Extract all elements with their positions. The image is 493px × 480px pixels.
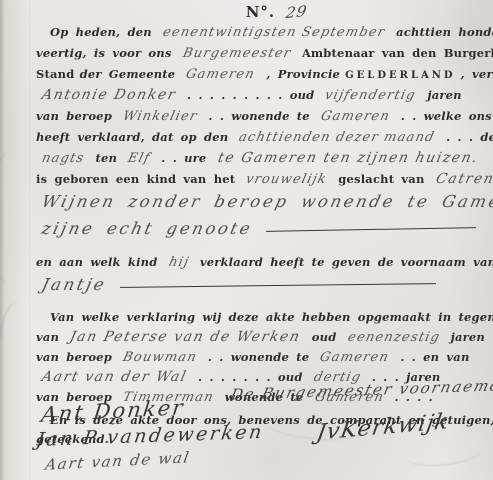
signature-witness-2: Aart van de wal — [44, 448, 192, 473]
handwritten-entry: Bouwman — [121, 348, 199, 368]
printed-text: achttien honderd — [396, 25, 493, 39]
printed-text: Ambtenaar van den Burgerlijken — [302, 46, 493, 60]
document-line: van Jan Peterse van de Werken oud eenenz… — [36, 326, 475, 346]
handwritten-entry: Elf — [126, 148, 153, 169]
handwritten-entry: Wijnen zonder beroep wonende te Gameren — [39, 188, 493, 216]
handwritten-entry: Burgemeester — [180, 43, 293, 64]
handwritten-entry: Aart van der Wal — [40, 367, 190, 387]
printed-text: . . wonende te — [208, 350, 309, 364]
bleedthrough-mark — [0, 213, 28, 287]
handwritten-entry: nagts — [40, 148, 87, 169]
printed-text: is geboren een kind van het — [36, 172, 235, 186]
printed-text: . . . des — [446, 130, 493, 144]
printed-text: . . . . . . . oud — [198, 370, 303, 384]
printed-text: . . wonende te — [208, 109, 309, 123]
document-line: Van welke verklaring wij deze akte hebbe… — [36, 306, 475, 326]
handwritten-entry: Jan Peterse van de Werken — [68, 327, 303, 347]
printed-text: verklaard heeft te geven de voornaam van — [200, 255, 493, 269]
handwritten-entry: vijfendertig — [323, 85, 419, 106]
handwritten-entry: te Gameren ten zijnen huizen. — [215, 148, 480, 169]
handwritten-entry: hij — [166, 252, 191, 273]
ruled-blank-line — [120, 283, 436, 288]
printed-text: GELDERLAND — [345, 70, 455, 81]
handwritten-entry: Winkelier — [121, 106, 200, 127]
handwritten-entry: vrouwelijk — [244, 169, 330, 190]
printed-text: . . . . . . . . . oud — [187, 88, 314, 102]
printed-text: veertig, is voor ons — [36, 46, 172, 60]
page-gutter-line — [29, 0, 30, 480]
printed-text: geslacht van — [338, 172, 424, 186]
printed-text: Stand — [36, 67, 74, 81]
ruled-blank-line — [266, 227, 476, 232]
handwritten-entry: eenentwintigsten September — [160, 22, 387, 43]
document-line: en aan welk kind hij verklaard heeft te … — [36, 250, 475, 271]
handwritten-entry: Catrena van — [433, 169, 493, 190]
printed-text: heeft verklaard, dat op den — [36, 130, 228, 144]
document-line: Wijnen zonder beroep wonende te Gameren — [36, 188, 475, 216]
handwritten-entry: Gameren — [318, 348, 391, 368]
handwritten-entry: Jantje — [39, 271, 110, 299]
akte-number: N°. 29 — [30, 2, 493, 21]
document-line: Stand der Gemeente Gameren , Provincie G… — [36, 62, 475, 83]
document-line: zijne echt genoote — [36, 216, 475, 241]
document-line: heeft verklaard, dat op den achttienden … — [36, 125, 475, 146]
document-line: Op heden, den eenentwintigsten September… — [36, 20, 475, 41]
document-line: Jantje — [36, 271, 475, 299]
printed-text: ten — [95, 151, 117, 165]
bleedthrough-mark — [0, 298, 28, 346]
printed-text: van — [36, 330, 59, 344]
printed-text: Van welke verklaring wij deze akte hebbe… — [50, 310, 493, 324]
printed-text: van beroep — [36, 350, 112, 364]
handwritten-entry: Gameren — [184, 64, 258, 85]
handwritten-entry: achttienden dezer maand — [237, 127, 437, 148]
document-line: van beroep Bouwman . . wonende te Gamere… — [36, 346, 475, 366]
document-line: van beroep Winkelier . . wonende te Game… — [36, 104, 475, 125]
document-line: veertig, is voor ons Burgemeester Ambten… — [36, 41, 475, 62]
bleedthrough-mark — [0, 148, 27, 213]
printed-text: , verschenen — [461, 67, 493, 81]
handwritten-entry: Antonie Donker — [40, 85, 179, 106]
birth-certificate-scan: N°. 29 Op heden, den eenentwintigsten Se… — [0, 0, 493, 480]
printed-text: en aan welk kind — [36, 255, 157, 269]
handwritten-entry: Gameren — [318, 106, 392, 127]
printed-text: . . ure — [161, 151, 206, 165]
printed-text: . . en van — [400, 350, 469, 364]
printed-text: jaren — [451, 330, 485, 344]
printed-text: oud — [312, 330, 337, 344]
document-line: is geboren een kind van het vrouwelijk g… — [36, 167, 475, 188]
handwritten-entry: zijne echt genoote — [39, 216, 255, 241]
akte-number-label: N°. — [246, 3, 275, 21]
printed-text: jaren — [427, 88, 461, 102]
printed-text: . . welke ons — [401, 109, 492, 123]
document-line: Antonie Donker . . . . . . . . . oud vij… — [36, 83, 475, 104]
handwritten-entry: eenenzestig — [345, 328, 442, 348]
document-line: nagts ten Elf . . ure te Gameren ten zij… — [36, 146, 475, 167]
printed-text: , Provincie — [266, 67, 340, 81]
printed-text: van beroep — [36, 109, 112, 123]
printed-text: der Gemeente — [80, 67, 176, 81]
printed-text: Op heden, den — [50, 25, 152, 39]
